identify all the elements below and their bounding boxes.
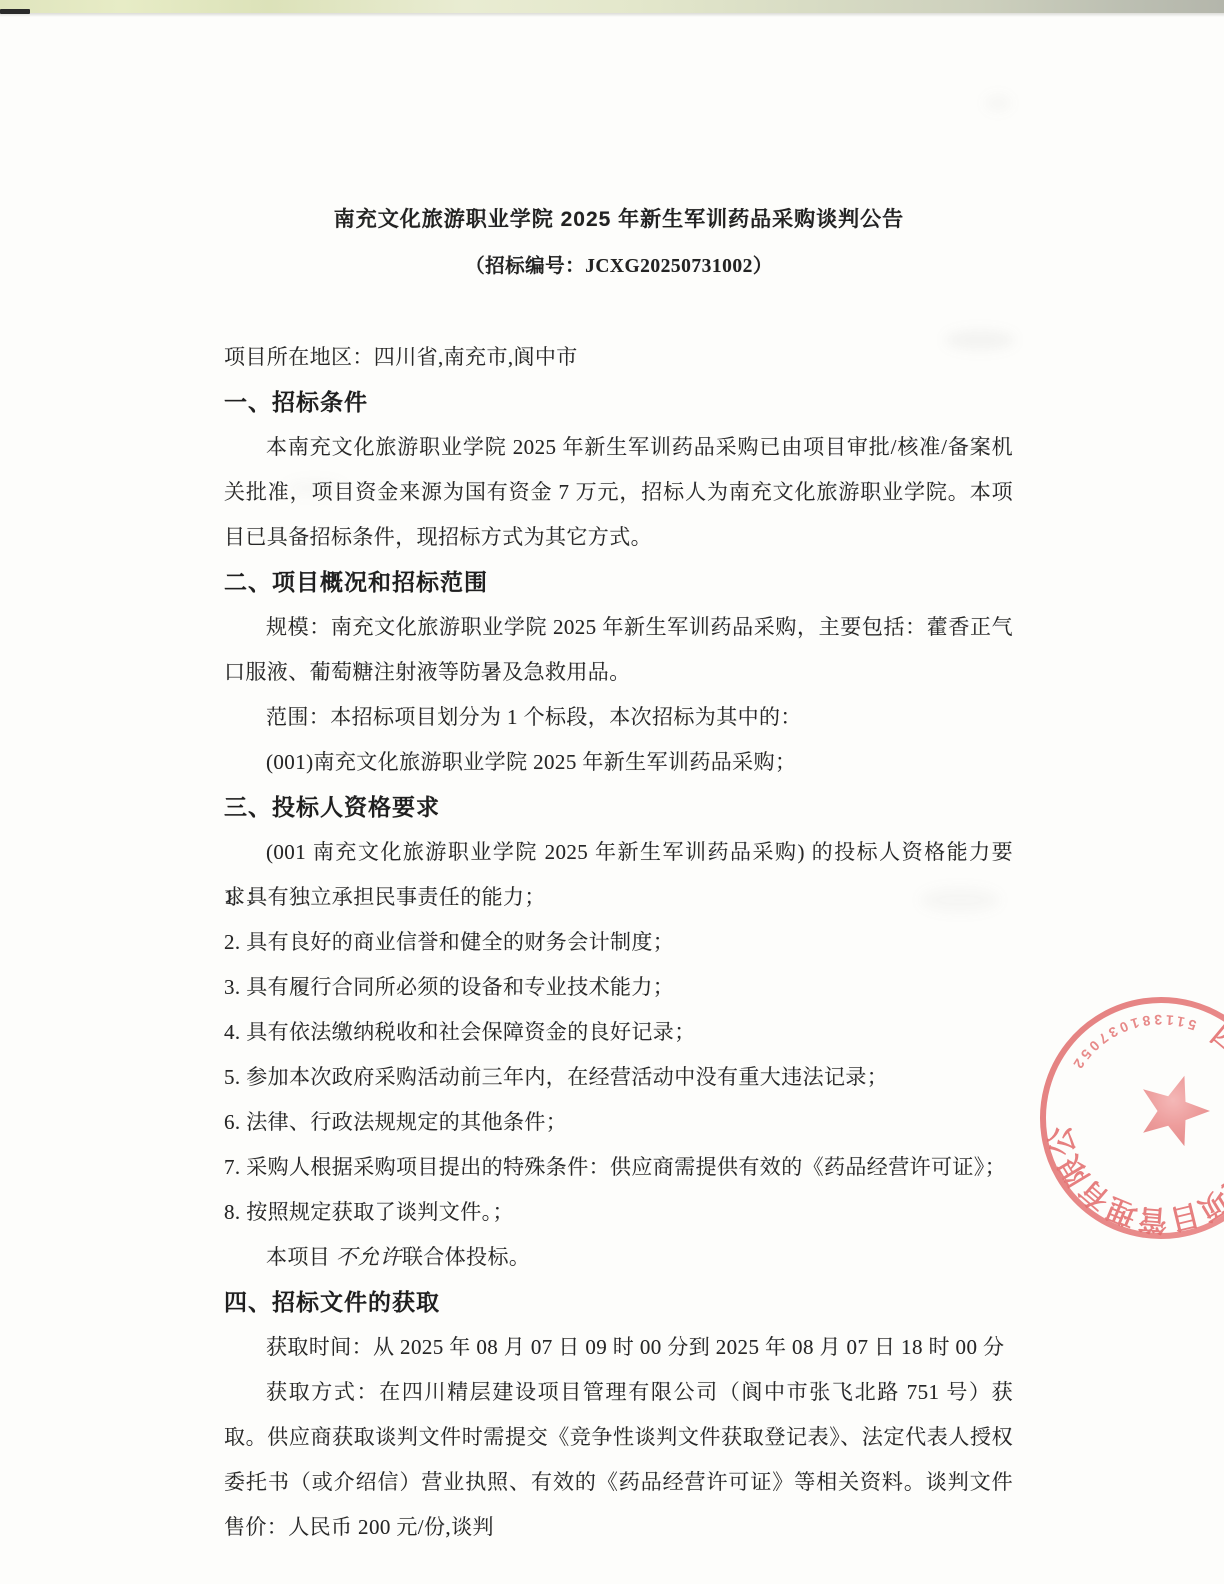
section-3-heading: 三、投标人资格要求 (224, 785, 1013, 830)
qualification-item-8: 8. 按照规定获取了谈判文件。； (224, 1190, 1013, 1235)
joint-bid-suffix: 联合体投标。 (402, 1245, 530, 1269)
section-1-paragraph: 本南充文化旅游职业学院 2025 年新生军训药品采购已由项目审批/核准/备案机关… (224, 425, 1013, 560)
qualification-item-4: 4. 具有依法缴纳税收和社会保障资金的良好记录； (224, 1010, 1013, 1055)
joint-bid-not-allowed: 不允许 (336, 1245, 402, 1269)
tender-number-subtitle: （招标编号：JCXG20250731002） (224, 253, 1014, 281)
seal-rotated-group: 四川精层建设项目管理有限公司 511381037052 (1021, 978, 1224, 1258)
seal-star-icon (1130, 1065, 1218, 1150)
scanned-document-page: { "doc": { "title": "南充文化旅游职业学院 2025 年新生… (0, 0, 1224, 1584)
scanner-corner-mark (0, 9, 30, 14)
section-4-method-paragraph: 获取方式：在四川精层建设项目管理有限公司（阆中市张飞北路 751 号）获取。供应… (224, 1370, 1013, 1505)
section-2-scope-paragraph: 范围：本招标项目划分为 1 个标段，本次招标为其中的： (224, 695, 1013, 740)
section-1-heading: 一、招标条件 (224, 380, 1013, 425)
qualification-item-7: 7. 采购人根据采购项目提出的特殊条件：供应商需提供有效的《药品经营许可证》； (224, 1145, 1013, 1190)
qualification-item-2: 2. 具有良好的商业信誉和健全的财务会计制度； (224, 920, 1013, 965)
seal-company-text: 四川精层建设项目管理有限公司 (1032, 1013, 1224, 1258)
section-2-scale-paragraph: 规模：南充文化旅游职业学院 2025 年新生军训药品采购，主要包括：藿香正气口服… (224, 605, 1013, 695)
section-4-heading: 四、招标文件的获取 (224, 1280, 1013, 1325)
joint-bid-statement: 本项目 不允许联合体投标。 (224, 1235, 1013, 1280)
scan-smudge (985, 95, 1011, 111)
section-3-intro-paragraph: (001 南充文化旅游职业学院 2025 年新生军训药品采购) 的投标人资格能力… (224, 830, 1013, 875)
project-location-line: 项目所在地区：四川省,南充市,阆中市 (224, 335, 1013, 380)
qualification-item-1: 1. 具有独立承担民事责任的能力； (224, 875, 1013, 920)
official-seal-stamp: 四川精层建设项目管理有限公司 511381037052 (1021, 978, 1224, 1258)
title-block: 南充文化旅游职业学院 2025 年新生军训药品采购谈判公告 （招标编号：JCXG… (224, 204, 1014, 281)
scanner-edge-shadow (0, 13, 1224, 17)
qualification-item-3: 3. 具有履行合同所必须的设备和专业技术能力； (224, 965, 1013, 1010)
section-4-time-paragraph: 获取时间：从 2025 年 08 月 07 日 09 时 00 分到 2025 … (224, 1325, 1013, 1370)
scanner-edge-strip (0, 0, 1224, 13)
section-2-lot-paragraph: (001)南充文化旅游职业学院 2025 年新生军训药品采购； (224, 740, 1013, 785)
qualification-item-6: 6. 法律、行政法规规定的其他条件； (224, 1100, 1013, 1145)
joint-bid-prefix: 本项目 (266, 1245, 336, 1269)
qualification-item-5: 5. 参加本次政府采购活动前三年内，在经营活动中没有重大违法记录； (224, 1055, 1013, 1100)
document-body: 项目所在地区：四川省,南充市,阆中市 一、招标条件 本南充文化旅游职业学院 20… (224, 335, 1013, 1505)
section-2-heading: 二、项目概况和招标范围 (224, 560, 1013, 605)
document-title: 南充文化旅游职业学院 2025 年新生军训药品采购谈判公告 (224, 204, 1014, 236)
